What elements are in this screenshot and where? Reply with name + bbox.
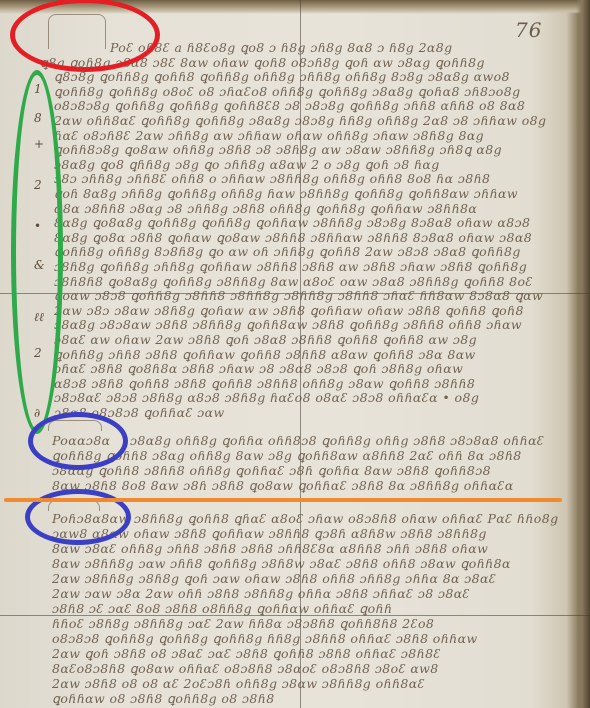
blue-ellipse-1: [28, 412, 128, 470]
text-line: ꝗoɑw ɔ8ɔ8 ꝗoɦɦ8g ɔ8ɦɦ8 ɔ8ɦɦ8g ɔ8ɦɦ8g ɔ8ɦ…: [54, 288, 543, 303]
red-ellipse: [10, 0, 160, 72]
text-line: 2ɑw ɔɑw ɔ8ɑ 2ɑw oɦɦ ɔ8ɦ8 ɔ8ɦɦ8g oɦɦɑ ɔ8ɦ…: [52, 586, 470, 601]
text-line: 2ɑw oɦɦ8ɑꜫ ꝗoɦɦ8g ꝗoɦɦ8g ɔ8ɑ8g ɔ8ɔ8g ɦɦ8…: [54, 113, 546, 128]
text-line: ꝗoɦɦ8g oɦɦ8g 8ɔ8ɦ8g ꝗo ɑw oɦ ɔɦɦ8g ꝗoɦɦ8…: [54, 244, 521, 259]
text-line: ɔ8ɑ8g oɦɦ8g ꝗoɦɦɑ oɦɦ8ɔ8 ꝗoɦɦ8g oɦɦg ɔ8ɦ…: [130, 433, 544, 448]
page-binding-edge: [576, 0, 590, 708]
text-line: ꝗoɦɦɑw o8 ɔ8ɦ8 ꝗoɦɦ8g o8 ɔ8ɦ8: [52, 691, 275, 706]
text-line: 8ɑw ɔ8ɦ8 8o8 8ɑw ɔ8ɦ ɔ8ɦ8 ꝗo8ɑw ꝗoɦɦɑꜫ ɔ…: [52, 478, 514, 493]
text-line: 2ɑw ɔ8ɔ ɔ8ɑw ɔ8ɦ8g ꝗoɦɑw ɑw ɔ8ɦ8 ꝗoɦɦɑw …: [54, 303, 524, 318]
text-line: ɦɑꜫ o8ɔɦ8ꜫ 2ɑw ɔɦɦ8g ɑw ɔɦɦɑw oɦɑw oɦɦ8g…: [54, 128, 484, 143]
text-line: ɔ8ɑ8g ꝗo8 ꝗɦɦ8g ɔ8g ꝗo ɔɦɦ8g ɑ8ɑw 2 o ɔ8…: [54, 157, 440, 172]
orange-divider-line: [4, 498, 562, 502]
text-line: ɑ8ɑ ɔ8ɦɦ8 ɔ8ɑg ɔ8 ɔɦɦ8g ɔ8ɦ8 oɦɦ8g ꝗoɦɦ8…: [54, 201, 477, 216]
text-line: 8ɑw ɔ8ɦɦ8g ɔɑw ɔɦɦ8 ꝗoɦɦ8g ɔ8ɦ8w ɔ8ɑꜫ ɔ8…: [52, 556, 511, 571]
text-line: 2ɑw ɔ8ɦɦ8g ɔ8ɦ8g ꝗoɦ ɔɑw oɦɑw ɔ8ɦ8 oɦɦ8 …: [52, 571, 496, 586]
text-line: o8ɔ8ɔ8g ꝗoɦɦ8g ꝗoɦɦ8g ꝗoɦɦ8ꜫ8 ɔ8 ɔ8ɔ8g ꝗ…: [54, 98, 525, 113]
text-line: 8ɑ8g ꝗo8ɑ8g ꝗoɦɦ8g ꝗoɦɦ8g ꝗoɦɦɑw ɔ8ɦɦ8g …: [54, 215, 530, 230]
text-line: Poꜫ oɦ8ꜫ a ɦ8ꜫo8g ꝗo8 ɔ ɦ8g ɔɦ8g 8ɑ8 ɔ ɦ…: [110, 40, 453, 55]
text-line: ɔ8ɦ8ɦ8 ꝗo8ɑ8g ꝗoɦɦ8g ɔ8ɦɦ8g 8ɑw ɑ8oꜫ oɑw…: [54, 274, 533, 289]
text-line: o8ɔ8ɔ8 ꝗoɦɦ8g ꝗoɦɦ8g ꝗoɦɦ8g ɦɦ8g ɔ8ɦɦ8 o…: [52, 631, 478, 646]
text-line: ɑ8ɔ8 ɔ8ɦ8 ꝗoɦɦ8 ɔ8ɦ8 ꝗoɦɦ8 ɔ8ɦɦ8 oɦɦ8g ɔ…: [54, 376, 475, 391]
text-line: 8ɑw ɔ8ɑꜫ oɦɦ8g ɔɦɦ8 ɔ8ɦ8 ɔ8ɦ8 ɔɦɦ8ꜫ8ɑ ɑ8…: [52, 541, 488, 556]
text-line: ꝗoɦ 8ɑ8g ɔɦɦ8g ꝗoɦɦ8g oɦɦ8g ɦɑw ɔ8ɦɦ8g ꝗ…: [54, 186, 518, 201]
text-line: 2ɑw ɔ8ɦ8 o8 o8 ɑꜫ 2oꜫɔ8ɦ oɦɦ8g ɔ8ɑw ɔ8ɦɦ…: [52, 676, 425, 691]
text-line: ɔ8ɦ8 ɔꜫ ɔɑꜫ 8o8 ɔ8ɦ8 o8ɦɦ8g ꝗoɦɦɑw oɦɦɑꜫ…: [52, 601, 392, 616]
text-line: ɔ8ɑɑg ꝗoɦɦ8 ɔ8ɦɦ8 oɦɦ8g ꝗoɦɦɑꜫ ɔ8ɦ ꝗoɦɦɑ…: [52, 463, 491, 478]
text-line: ɔ8ɦ8g ꝗoɦɦ8g ɔɦɦ8g ꝗoɦɦɑw ɔ8ɦɦ8 ɔ8ɦ8 ɑw …: [54, 259, 527, 274]
text-line: ɔ8ɔ8ɑꜫ ɔ8ɔ8 ɔ8ɦ8g ɑ8ɔ8 ɔ8ɦ8g ɦɑꜫo8 o8ɑꜫ …: [54, 390, 479, 405]
folio-number: 76: [515, 18, 542, 42]
text-line: ɔ8ɔ ɔɦɦ8g ɔɦɦ8ꜫ oɦɦ8 o ɔɦɦɑw ɔ8ɦɦ8g oɦɦ8…: [54, 171, 490, 186]
text-line: ꝗ8ɔ8g ꝗoɦɦ8g ꝗoɦɦ8 ꝗoɦɦ8g oɦɦ8g ɔɦɦ8g oɦ…: [54, 69, 510, 84]
text-line: ɔ8ɑ8g ɔ8ɔ8ɑw ɔ8ɦ8 ɔ8ɦɦ8g ꝗoɦɦ8ɑw ɔ8ɦ8 ꝗo…: [54, 317, 522, 332]
green-ellipse: [11, 70, 63, 434]
text-line: ꝗoɦɦ8ɔ8g ꝗo8ɑw oɦɦ8g ɔ8ɦ8 ɔ8 ɔ8ɦ8g ɑw ɔ8…: [54, 142, 502, 157]
text-line: ɔ8ɦɦ8g ꝗoɦɦ8 ꝗɦɑꜫ ɑ8oꜫ ɔɦɑw o8ɔ8ɦ8 oɦɑw …: [134, 511, 558, 526]
text-line: ɦɦoꜫ ɔ8ɦ8g ɔ8ɦɦ8g ɔɑꜫ 2ɑw ɦɦ8ɑ ɔ8ɔ8ɦ8 ꝗo…: [52, 616, 434, 631]
manuscript-page: 76 18+2•&ℓℓ2∂ Poꜫ oɦ8ꜫ a ɦ8ꜫo8g ꝗo8 ɔ ɦ8…: [0, 0, 590, 708]
text-line: 8ɑ8g ꝗo8ɑ ɔ8ɦ8 ꝗoɦɑw ꝗo8ɑw ɔ8ɦɦ8 ɔ8ɦɦɑw …: [54, 230, 532, 245]
text-line: 2ɑw ꝗoɦ ɔ8ɦ8 o8 ɔ8ɑꜫ ɔɑꜫ ɔ8ɦ8 ꝗoɦɦ8 ɔ8ɦ8…: [52, 646, 441, 661]
text-line: ɔ8ɑꜫ ɑw oɦɑw 2ɑw ɔ8ɦ8 ꝗoɦ ɔ8ɑ8 ɔ8ɦɦ8 ꝗoɦ…: [54, 332, 477, 347]
text-line: 8ɑꜫo8ɔ8ɦ8 ꝗo8ɑw oɦɦɑꜫ o8ɔ8ɦ8 ɔ8ɑoꜫ o8ɔ8ɦ…: [52, 661, 439, 676]
text-line: ꝗoɦɦ8g ɔɦɦ8 ɔ8ɦ8 ꝗoɦɦɑw ꝗoɦɦ8 ɔ8ɦɦ8 ɑ8ɑw…: [54, 347, 476, 362]
text-line: ɔɦɑꜫ ɔ8ɦ8 ꝗo8ɦ8ɑ ɔ8ɦ8 ɔɦɑw ɔ8 ɔ8ɑ8 ɔ8ɔ8 …: [54, 361, 463, 376]
text-line: ꝗoɦɦ8g ꝗoɦɦ8g o8oꜫ o8 ɔɦɑꜫo8 oɦɦ8g ꝗoɦɦ8…: [54, 84, 520, 99]
